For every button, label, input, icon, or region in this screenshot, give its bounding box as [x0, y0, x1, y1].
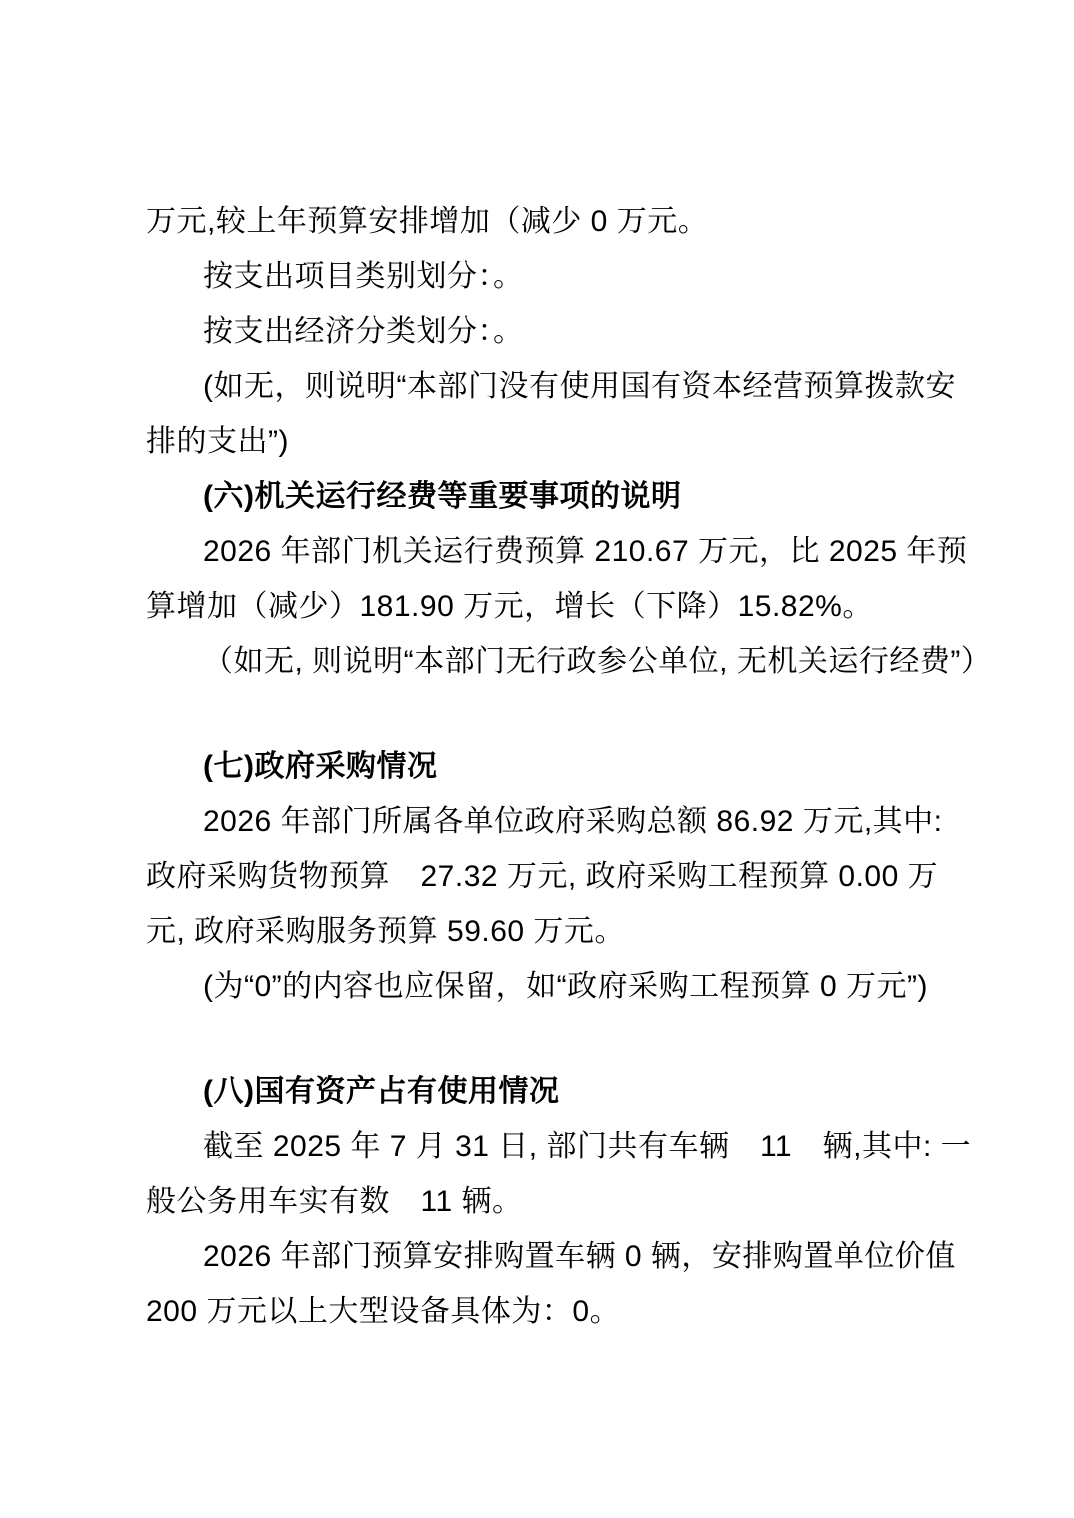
paragraph-line: 按支出项目类别划分：。: [146, 249, 936, 304]
paragraph-line: （如无, 则说明“本部门无行政参公单位, 无机关运行经费”）: [146, 634, 936, 689]
section-heading: (七)政府采购情况: [146, 739, 936, 794]
document-page: 万元,较上年预算安排增加（减少 0 万元。按支出项目类别划分：。按支出经济分类划…: [0, 0, 1074, 1518]
document-body: 万元,较上年预算安排增加（减少 0 万元。按支出项目类别划分：。按支出经济分类划…: [146, 194, 936, 1339]
paragraph-line: 2026 年部门预算安排购置车辆 0 辆，安排购置单位价值: [146, 1229, 936, 1284]
paragraph-line: (为“0”的内容也应保留，如“政府采购工程预算 0 万元”): [146, 959, 936, 1014]
blank-line: [146, 689, 936, 739]
paragraph-line: 政府采购货物预算 27.32 万元, 政府采购工程预算 0.00 万: [146, 849, 936, 904]
paragraph-line: 万元,较上年预算安排增加（减少 0 万元。: [146, 194, 936, 249]
paragraph-line: (如无，则说明“本部门没有使用国有资本经营预算拨款安: [146, 359, 936, 414]
blank-line: [146, 1014, 936, 1064]
paragraph-line: 元, 政府采购服务预算 59.60 万元。: [146, 904, 936, 959]
paragraph-line: 算增加（减少）181.90 万元，增长（下降）15.82%。: [146, 579, 936, 634]
paragraph-line: 般公务用车实有数 11 辆。: [146, 1174, 936, 1229]
section-heading: (八)国有资产占有使用情况: [146, 1064, 936, 1119]
paragraph-line: 2026 年部门所属各单位政府采购总额 86.92 万元,其中:: [146, 794, 936, 849]
paragraph-line: 按支出经济分类划分：。: [146, 304, 936, 359]
paragraph-line: 2026 年部门机关运行费预算 210.67 万元，比 2025 年预: [146, 524, 936, 579]
paragraph-line: 排的支出”): [146, 414, 936, 469]
paragraph-line: 200 万元以上大型设备具体为：0。: [146, 1284, 936, 1339]
section-heading: (六)机关运行经费等重要事项的说明: [146, 469, 936, 524]
paragraph-line: 截至 2025 年 7 月 31 日, 部门共有车辆 11 辆,其中: 一: [146, 1119, 936, 1174]
